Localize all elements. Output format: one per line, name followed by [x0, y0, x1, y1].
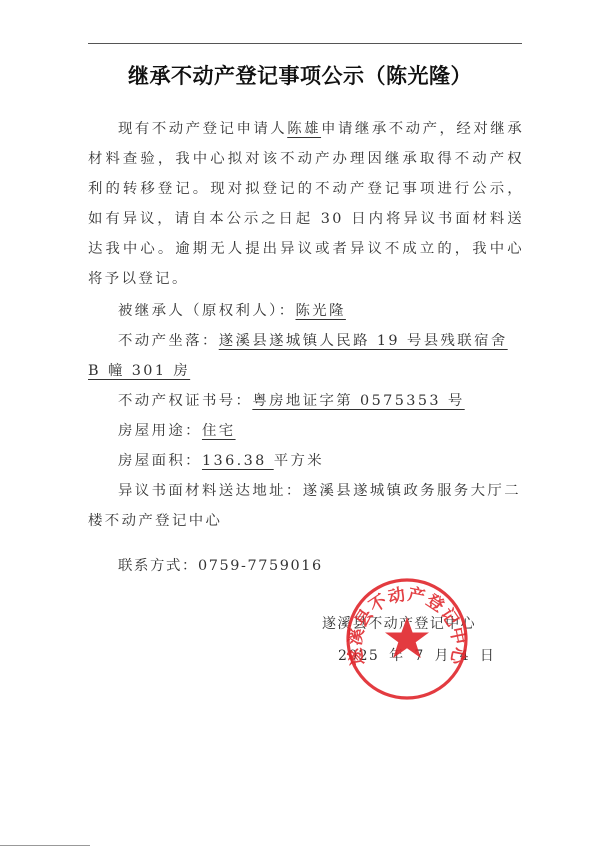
intro-paragraph: 现有不动产登记申请人陈雄申请继承不动产，经对继承材料查验，我中心拟对该不动产办理…	[88, 114, 524, 294]
field-location: 不动产坐落：遂溪县遂城镇人民路 19 号县残联宿舍 B 幢 301 房	[88, 326, 524, 386]
field-decedent: 被继承人（原权利人）：陈光隆	[88, 296, 524, 326]
certificate-value: 粤房地证字第 0575353 号	[252, 393, 464, 409]
field-area: 房屋面积：136.38 平方米	[88, 446, 524, 476]
issue-date: 2025 年 7 月 4 日	[338, 645, 495, 665]
field-certificate: 不动产权证书号：粤房地证字第 0575353 号	[88, 386, 524, 416]
area-value: 136.38	[202, 453, 274, 469]
signer-organization: 遂溪县不动产登记中心	[322, 613, 476, 633]
field-objection-address: 异议书面材料送达地址：遂溪县遂城镇政务服务大厅二楼不动产登记中心	[88, 476, 524, 536]
applicant-name: 陈雄	[287, 121, 321, 137]
contact-info: 联系方式：0759-7759016	[118, 554, 323, 575]
footer-edge	[0, 845, 90, 846]
field-usage: 房屋用途：住宅	[88, 416, 524, 446]
document-title: 继承不动产登记事项公示（陈光隆）	[0, 60, 600, 90]
official-seal-icon: 遂溪县不动产登记中心	[345, 577, 469, 701]
document-body: 现有不动产登记申请人陈雄申请继承不动产，经对继承材料查验，我中心拟对该不动产办理…	[88, 114, 524, 536]
usage-value: 住宅	[202, 423, 236, 439]
header-rule	[88, 43, 522, 44]
decedent-value: 陈光隆	[296, 303, 346, 319]
